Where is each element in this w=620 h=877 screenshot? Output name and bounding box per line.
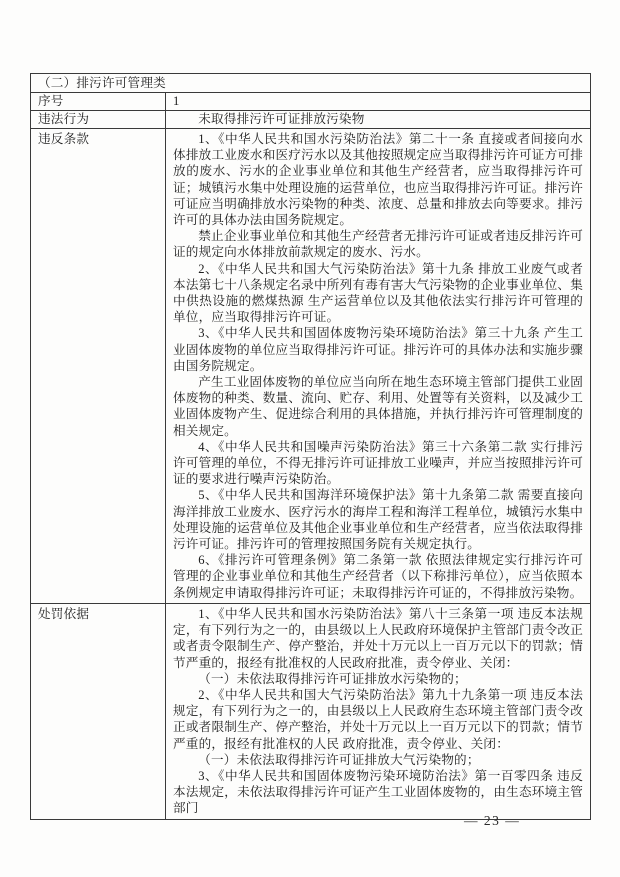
regulation-table: （二）排污许可管理类 序号 1 违法行为 未取得排污许可证排放污染物 违反条款 …: [30, 73, 591, 820]
violated-clauses-content: 1、《中华人民共和国水污染防治法》第二十一条 直接或者间接向水体排放工业废水和医…: [166, 129, 591, 604]
clause-paragraph: 禁止企业事业单位和其他生产经营者无排污许可证或者违反排污许可证的规定向水体排放前…: [173, 228, 583, 260]
clause-paragraph: 2、《中华人民共和国大气污染防治法》第十九条 排放工业废气或者本法第七十八条规定…: [173, 261, 583, 326]
serial-label: 序号: [31, 93, 166, 111]
clause-paragraph: 5、《中华人民共和国海洋环境保护法》第十九条第二款 需要直接向海洋排放工业废水、…: [173, 487, 583, 552]
page-number: — 23 —: [464, 813, 520, 829]
illegal-act-row: 违法行为 未取得排污许可证排放污染物: [31, 111, 591, 129]
penalty-paragraph: （一）未依法取得排污许可证排放水污染物的；: [173, 671, 583, 687]
clause-paragraph: 3、《中华人民共和国固体废物污染环境防治法》第三十九条 产生工业固体废物的单位应…: [173, 325, 583, 374]
illegal-act-value: 未取得排污许可证排放污染物: [166, 111, 591, 129]
penalty-basis-label: 处罚依据: [31, 604, 166, 820]
violated-clauses-label: 违反条款: [31, 129, 166, 604]
clause-paragraph: 4、《中华人民共和国噪声污染防治法》第三十六条第二款 实行排污许可管理的单位，不…: [173, 439, 583, 488]
penalty-basis-content: 1、《中华人民共和国水污染防治法》第八十三条第一项 违反本法规定，有下列行为之一…: [166, 604, 591, 820]
document-page: （二）排污许可管理类 序号 1 违法行为 未取得排污许可证排放污染物 违反条款 …: [0, 0, 620, 877]
penalty-paragraph: 1、《中华人民共和国水污染防治法》第八十三条第一项 违反本法规定，有下列行为之一…: [173, 606, 583, 671]
penalty-paragraph: 3、《中华人民共和国固体废物污染环境防治法》第一百零四条 违反本法规定，未依法取…: [173, 768, 583, 817]
section-header-row: （二）排污许可管理类: [31, 74, 591, 93]
clause-paragraph: 6、《排污许可管理条例》第二条第一款 依照法律规定实行排污许可管理的企业事业单位…: [173, 552, 583, 601]
serial-value: 1: [166, 93, 591, 111]
clause-paragraph: 1、《中华人民共和国水污染防治法》第二十一条 直接或者间接向水体排放工业废水和医…: [173, 131, 583, 228]
illegal-act-text: 未取得排污许可证排放污染物: [173, 111, 583, 127]
violated-clauses-row: 违反条款 1、《中华人民共和国水污染防治法》第二十一条 直接或者间接向水体排放工…: [31, 129, 591, 604]
illegal-act-label: 违法行为: [31, 111, 166, 129]
section-header: （二）排污许可管理类: [31, 74, 591, 93]
penalty-basis-row: 处罚依据 1、《中华人民共和国水污染防治法》第八十三条第一项 违反本法规定，有下…: [31, 604, 591, 820]
serial-row: 序号 1: [31, 93, 591, 111]
clause-paragraph: 产生工业固体废物的单位应当向所在地生态环境主管部门提供工业固体废物的种类、数量、…: [173, 374, 583, 439]
penalty-paragraph: 2、《中华人民共和国大气污染防治法》第九十九条第一项 违反本法规定，有下列行为之…: [173, 687, 583, 752]
penalty-paragraph: （一）未依法取得排污许可证排放大气污染物的；: [173, 752, 583, 768]
